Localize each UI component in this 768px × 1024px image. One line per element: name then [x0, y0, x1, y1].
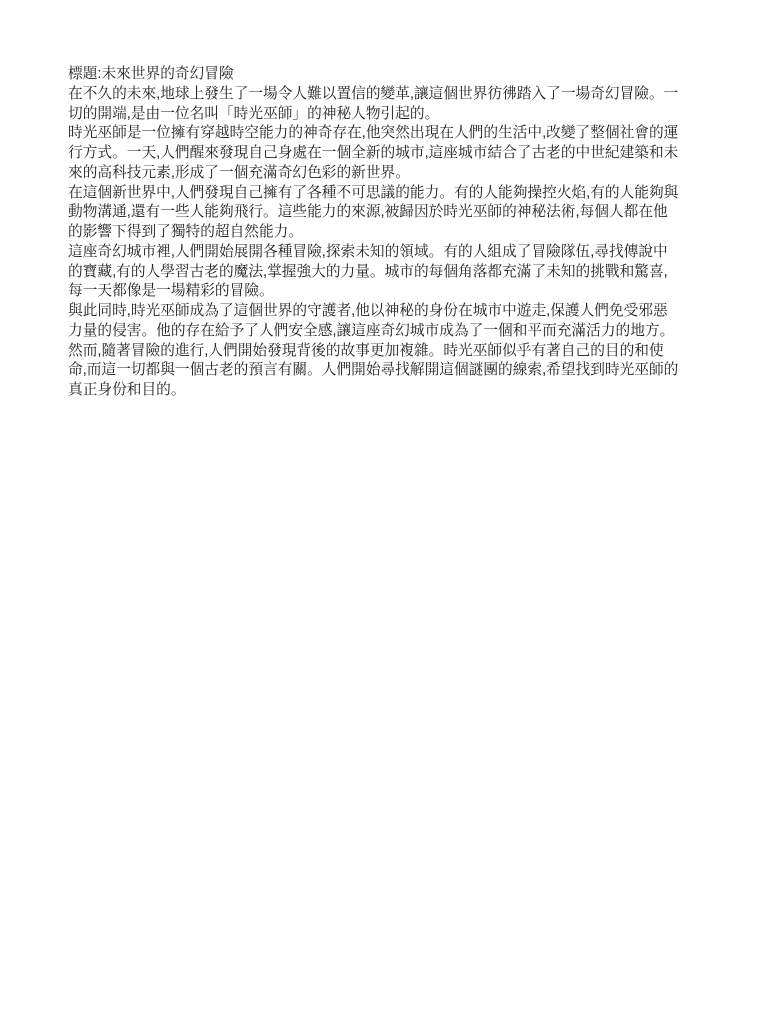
- paragraph: 這座奇幻城市裡,人們開始展開各種冒險,探索未知的領域。有的人組成了冒險隊伍,尋找…: [68, 243, 702, 302]
- text-line: 的寶藏,有的人學習古老的魔法,掌握強大的力量。城市的每個角落都充滿了未知的挑戰和…: [68, 263, 702, 283]
- text-line: 在這個新世界中,人們發現自己擁有了各種不可思議的能力。有的人能夠操控火焰,有的人…: [68, 184, 702, 204]
- paragraph: 然而,隨著冒險的進行,人們開始發現背後的故事更加複雜。時光巫師似乎有著自己的目的…: [68, 342, 702, 401]
- text-line: 命,而這一切都與一個古老的預言有關。人們開始尋找解開這個謎團的線索,希望找到時光…: [68, 361, 702, 381]
- text-line: 來的高科技元素,形成了一個充滿奇幻色彩的新世界。: [68, 164, 702, 184]
- text-line: 在不久的未來,地球上發生了一場令人難以置信的變革,讓這個世界彷彿踏入了一場奇幻冒…: [68, 85, 702, 105]
- text-line: 切的開端,是由一位名叫「時光巫師」的神秘人物引起的。: [68, 105, 702, 125]
- text-line: 這座奇幻城市裡,人們開始展開各種冒險,探索未知的領域。有的人組成了冒險隊伍,尋找…: [68, 243, 702, 263]
- text-line: 時光巫師是一位擁有穿越時空能力的神奇存在,他突然出現在人們的生活中,改變了整個社…: [68, 124, 702, 144]
- document-page: 標題:未來世界的奇幻冒險 在不久的未來,地球上發生了一場令人難以置信的變革,讓這…: [0, 0, 768, 1024]
- text-line: 每一天都像是一場精彩的冒險。: [68, 282, 702, 302]
- text-line: 真正身份和目的。: [68, 381, 702, 401]
- paragraph: 與此同時,時光巫師成為了這個世界的守護者,他以神秘的身份在城市中遊走,保護人們免…: [68, 302, 702, 342]
- text-line: 行方式。一天,人們醒來發現自己身處在一個全新的城市,這座城市結合了古老的中世紀建…: [68, 144, 702, 164]
- text-line: 的影響下得到了獨特的超自然能力。: [68, 223, 702, 243]
- text-line: 然而,隨著冒險的進行,人們開始發現背後的故事更加複雜。時光巫師似乎有著自己的目的…: [68, 342, 702, 362]
- text-line: 與此同時,時光巫師成為了這個世界的守護者,他以神秘的身份在城市中遊走,保護人們免…: [68, 302, 702, 322]
- text-line: 力量的侵害。他的存在給予了人們安全感,讓這座奇幻城市成為了一個和平而充滿活力的地…: [68, 322, 702, 342]
- text-line: 動物溝通,還有一些人能夠飛行。這些能力的來源,被歸因於時光巫師的神秘法術,每個人…: [68, 203, 702, 223]
- document-text: 標題:未來世界的奇幻冒險 在不久的未來,地球上發生了一場令人難以置信的變革,讓這…: [68, 65, 702, 401]
- document-title: 標題:未來世界的奇幻冒險: [68, 65, 702, 85]
- paragraph: 時光巫師是一位擁有穿越時空能力的神奇存在,他突然出現在人們的生活中,改變了整個社…: [68, 124, 702, 183]
- paragraph: 在不久的未來,地球上發生了一場令人難以置信的變革,讓這個世界彷彿踏入了一場奇幻冒…: [68, 85, 702, 125]
- paragraph: 在這個新世界中,人們發現自己擁有了各種不可思議的能力。有的人能夠操控火焰,有的人…: [68, 184, 702, 243]
